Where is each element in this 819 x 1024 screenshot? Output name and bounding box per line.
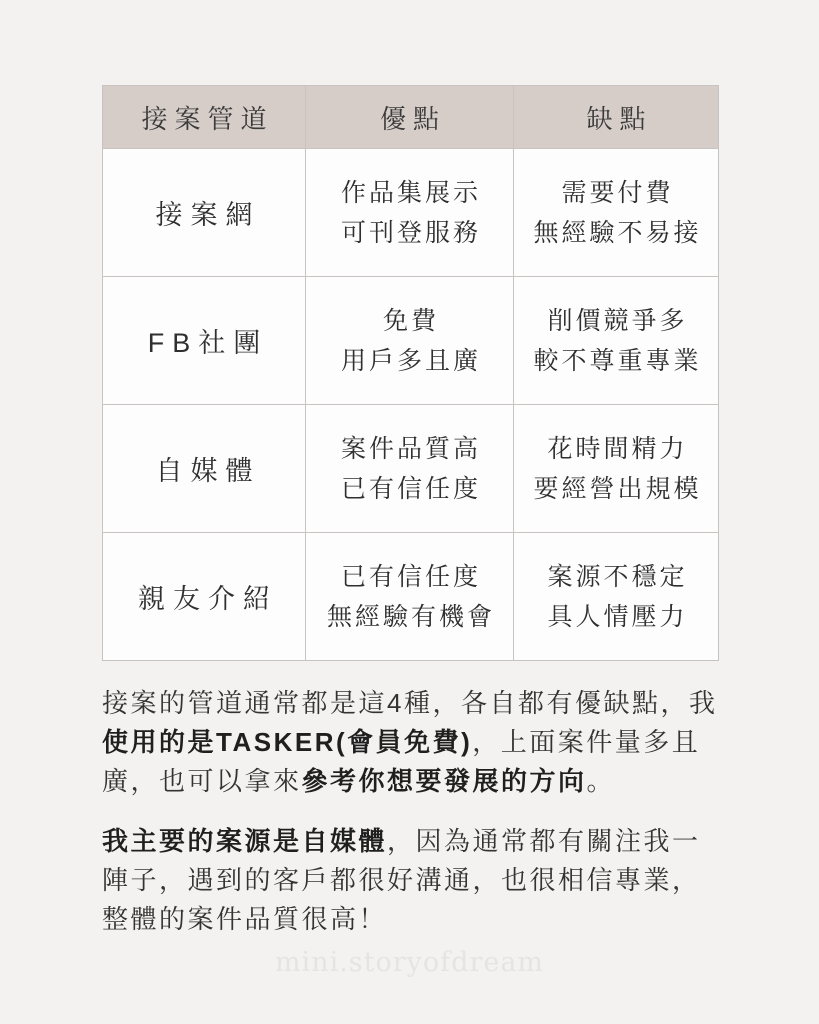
text-segment: 廣，也可以拿來: [102, 766, 302, 796]
cons-line: 花時間精力: [514, 429, 718, 469]
cons-cell: 削價競爭多 較不尊重專業: [514, 277, 719, 405]
header-cell-cons: 缺點: [514, 86, 719, 149]
text-segment-bold: 我主要的案源是自媒體: [102, 826, 387, 856]
pros-cell: 案件品質高 已有信任度: [306, 405, 514, 533]
text-line: 整體的案件品質很高！: [102, 900, 762, 939]
channels-comparison-table: 接案管道 優點 缺點 接案網 作品集展示 可刊登服務 需要付費 無經驗不易接 F…: [102, 85, 719, 661]
cons-line: 削價競爭多: [514, 301, 718, 341]
cons-line: 較不尊重專業: [514, 341, 718, 381]
cons-cell: 需要付費 無經驗不易接: [514, 149, 719, 277]
header-cell-channel: 接案管道: [103, 86, 306, 149]
channel-cell: 自媒體: [103, 405, 306, 533]
pros-line: 免費: [306, 301, 513, 341]
text-segment-bold: 使用的是TASKER(會員免費): [102, 727, 472, 757]
pros-line: 無經驗有機會: [306, 597, 513, 637]
body-text: 接案的管道通常都是這4種，各自都有優缺點，我 使用的是TASKER(會員免費)，…: [102, 684, 762, 939]
channel-cell: FB社團: [103, 277, 306, 405]
text-segment: 陣子，遇到的客戶都很好溝通，也很相信專業，: [102, 865, 701, 895]
table-row: FB社團 免費 用戶多且廣 削價競爭多 較不尊重專業: [103, 277, 719, 405]
pros-line: 作品集展示: [306, 173, 513, 213]
cons-cell: 花時間精力 要經營出規模: [514, 405, 719, 533]
text-segment: 整體的案件品質很高！: [102, 904, 387, 934]
text-line: 陣子，遇到的客戶都很好溝通，也很相信專業，: [102, 861, 762, 900]
paragraph: 我主要的案源是自媒體，因為通常都有關注我一 陣子，遇到的客戶都很好溝通，也很相信…: [102, 822, 762, 939]
pros-line: 已有信任度: [306, 469, 513, 509]
table-row: 親友介紹 已有信任度 無經驗有機會 案源不穩定 具人情壓力: [103, 533, 719, 661]
table-row: 接案網 作品集展示 可刊登服務 需要付費 無經驗不易接: [103, 149, 719, 277]
infographic-page: 接案管道 優點 缺點 接案網 作品集展示 可刊登服務 需要付費 無經驗不易接 F…: [0, 0, 819, 1024]
text-segment: 。: [587, 766, 616, 796]
cons-line: 無經驗不易接: [514, 213, 718, 253]
text-segment: ，上面案件量多且: [472, 727, 700, 757]
paragraph: 接案的管道通常都是這4種，各自都有優缺點，我 使用的是TASKER(會員免費)，…: [102, 684, 762, 801]
pros-line: 可刊登服務: [306, 213, 513, 253]
channel-cell: 親友介紹: [103, 533, 306, 661]
watermark: mini.storyofdream: [0, 947, 819, 978]
table-header-row: 接案管道 優點 缺點: [103, 86, 719, 149]
header-cell-pros: 優點: [306, 86, 514, 149]
pros-line: 案件品質高: [306, 429, 513, 469]
table-row: 自媒體 案件品質高 已有信任度 花時間精力 要經營出規模: [103, 405, 719, 533]
text-line: 我主要的案源是自媒體，因為通常都有關注我一: [102, 822, 762, 861]
text-line: 廣，也可以拿來參考你想要發展的方向。: [102, 762, 762, 801]
text-segment-bold: 參考你想要發展的方向: [302, 766, 587, 796]
pros-cell: 已有信任度 無經驗有機會: [306, 533, 514, 661]
cons-line: 需要付費: [514, 173, 718, 213]
pros-line: 用戶多且廣: [306, 341, 513, 381]
pros-line: 已有信任度: [306, 557, 513, 597]
cons-line: 案源不穩定: [514, 557, 718, 597]
text-segment: ，因為通常都有關注我一: [387, 826, 701, 856]
text-line: 使用的是TASKER(會員免費)，上面案件量多且: [102, 723, 762, 762]
pros-cell: 作品集展示 可刊登服務: [306, 149, 514, 277]
pros-cell: 免費 用戶多且廣: [306, 277, 514, 405]
cons-cell: 案源不穩定 具人情壓力: [514, 533, 719, 661]
channel-cell: 接案網: [103, 149, 306, 277]
text-line: 接案的管道通常都是這4種，各自都有優缺點，我: [102, 684, 762, 723]
cons-line: 具人情壓力: [514, 597, 718, 637]
text-segment: 接案的管道通常都是這4種，各自都有優缺點，我: [102, 688, 717, 718]
cons-line: 要經營出規模: [514, 469, 718, 509]
